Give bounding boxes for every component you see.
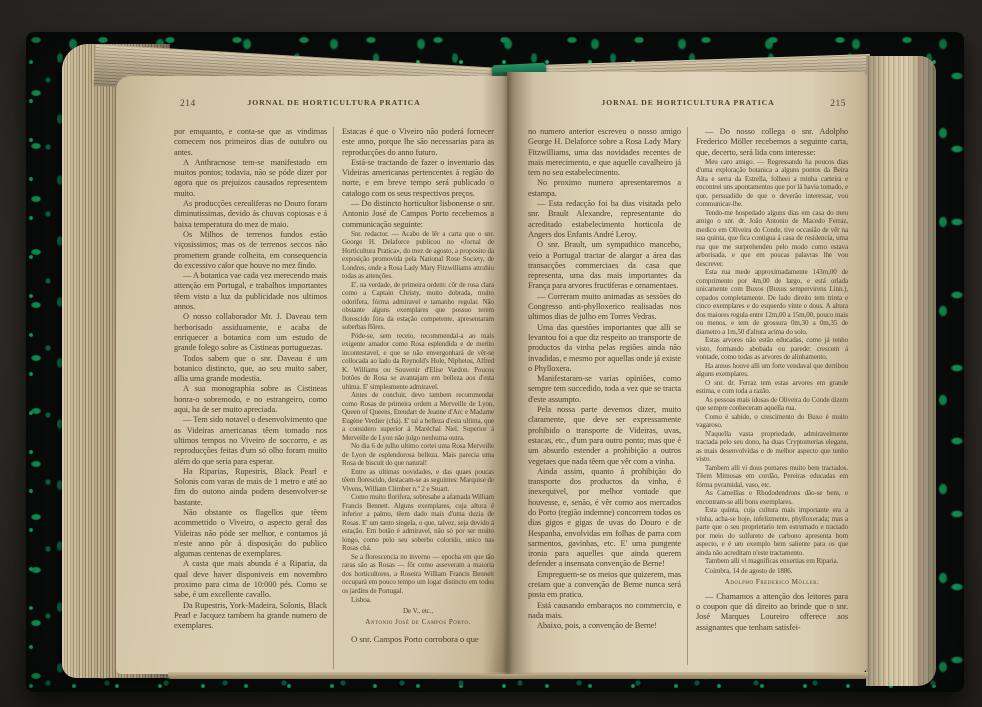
paragraph: — Do distincto horticultor lisbonense o …: [342, 199, 494, 230]
paragraph: E', na verdade, de primeira ordem: côr d…: [342, 281, 494, 332]
paragraph: Ha annos houve alli um forte vendaval qu…: [696, 362, 848, 379]
paragraph: Tambem alli vi magnificas enxertias em R…: [696, 557, 848, 566]
paragraph: Como muito florifera, sobresahe a afamad…: [342, 493, 494, 553]
left-page-column-2: Estacas é que o Viveiro não poderá forne…: [333, 127, 494, 669]
paragraph: Empreguem-se os meios que quizerem, mas …: [528, 570, 681, 601]
right-page-header: JORNAL DE HORTICULTURA PRATICA 215: [528, 98, 848, 114]
paragraph: Tendo-me hospedado alguns dias em casa d…: [696, 209, 848, 269]
paragraph: Póde-se, sem receio, recommendal-a ao ma…: [342, 332, 494, 392]
paragraph: A sua monographia sobre as Cistineas hon…: [174, 384, 327, 415]
paragraph: De V., etc.,: [342, 607, 494, 616]
paragraph: A casta que mais abunda é a Riparia, da …: [174, 559, 327, 600]
paragraph: — Do nosso collega o snr. Adolpho Freder…: [696, 127, 848, 158]
paragraph: Está-se tractando de fazer o inventario …: [342, 158, 494, 199]
paragraph: Abaixo, pois, a convenção de Berne!: [528, 621, 681, 631]
paragraph: No dia 6 de julho ultimo cortei uma Rosa…: [342, 442, 494, 468]
right-page-columns: no numero anterior escreveu o nosso amig…: [528, 127, 848, 665]
paragraph: Da Rupestris, York-Madeira, Solonis, Bla…: [174, 601, 327, 632]
journal-title: JORNAL DE HORTICULTURA PRATICA: [174, 98, 494, 107]
paragraph: Entre as ultimas novidades, e das quaes …: [342, 468, 494, 494]
paragraph: Esta rua mede approximadamente 143m,00 d…: [696, 268, 848, 336]
paragraph: Manifestaram-se varias opiniões, como se…: [528, 374, 681, 405]
left-page-header: 214 JORNAL DE HORTICULTURA PRATICA: [174, 98, 494, 114]
paragraph: Não obstante os flagellos que têem acomm…: [174, 508, 327, 559]
paragraph: O snr. Campos Porto corrobora o que: [342, 634, 494, 644]
paragraph: A Anthracnose tem-se manifestado em muit…: [174, 158, 327, 199]
paragraph: O snr. Brault, um sympathico mancebo, ve…: [528, 240, 681, 291]
book-photo: 214 JORNAL DE HORTICULTURA PRATICA por e…: [0, 0, 982, 707]
paragraph: Lisboa.: [342, 596, 494, 605]
paragraph: Estas arvores não estão educadas, como j…: [696, 336, 848, 362]
paragraph: Meu caro amigo. — Regressando ha poucos …: [696, 158, 848, 209]
paragraph: Como é sabido, o crescimento do Buxo é m…: [696, 413, 848, 430]
paragraph: — Chamamos a attenção dos leitores para …: [696, 592, 848, 633]
right-page-content: JORNAL DE HORTICULTURA PRATICA 215 no nu…: [528, 98, 848, 665]
left-page-columns: por emquanto, e conta-se que as vindimas…: [174, 127, 494, 669]
bottom-edge-pages: [168, 672, 868, 679]
paragraph: Antonio José de Campos Porto.: [342, 618, 494, 627]
paragraph: Todos sabem que o snr. Daveau é um botan…: [174, 354, 327, 385]
paragraph: Ainda assim, quanto á prohibição do tran…: [528, 467, 681, 570]
page-number: 215: [830, 99, 846, 109]
paragraph: — A botanica vae cada vez merecendo mais…: [174, 271, 327, 312]
right-fore-edge-pages: [866, 56, 936, 686]
paragraph: Tambem alli vi dous pomares muito bem tr…: [696, 464, 848, 490]
right-page-column-1: no numero anterior escreveu o nosso amig…: [528, 127, 681, 665]
paragraph: Coimbra, 14 de agosto de 1886.: [696, 567, 848, 576]
paragraph: — Tem sido notavel o desenvolvimento que…: [174, 415, 327, 466]
paragraph: Estacas é que o Viveiro não poderá forne…: [342, 127, 494, 158]
left-page-content: 214 JORNAL DE HORTICULTURA PRATICA por e…: [174, 98, 494, 669]
paragraph: No proximo numero apresentaremos a estam…: [528, 178, 681, 199]
paragraph: Se a florescencia no inverno — epocha em…: [342, 553, 494, 596]
paragraph: — Esta redacção foi ha dias visitada pel…: [528, 199, 681, 240]
paragraph: — Correram muito animadas as sessões do …: [528, 292, 681, 323]
paragraph: Os Milhos de terrenos fundos estão viços…: [174, 230, 327, 271]
paragraph: Antes de concluir, devo tambem recommend…: [342, 391, 494, 442]
paragraph: O nosso collaborador Mr. J. Daveau tem h…: [174, 312, 327, 353]
paragraph: Pela nossa parte devemos dizer, muito cl…: [528, 405, 681, 467]
paragraph: O snr. dr. Ferraz tem estas arvores em g…: [696, 379, 848, 396]
paragraph: por emquanto, e conta-se que as vindimas…: [174, 127, 327, 158]
paragraph: As Camellias e Rhododendrons dão-se bem,…: [696, 489, 848, 506]
paragraph: As pessoas mais idosas de Oliveira do Co…: [696, 396, 848, 413]
paragraph: Está causando embaraços no commercio, e …: [528, 601, 681, 622]
paragraph: Snr. redactor. — Acabo de lêr a carta qu…: [342, 230, 494, 281]
paragraph: Adolpho Frederico Möller.: [696, 578, 848, 587]
paragraph: N'aquella vasta propriedade, admiravelme…: [696, 430, 848, 464]
right-page-column-2: — Do nosso collega o snr. Adolpho Freder…: [687, 127, 848, 665]
paragraph: Uma das questões importantes que alli se…: [528, 323, 681, 374]
paragraph: Esta quinta, cuja cultura mais important…: [696, 506, 848, 557]
paragraph: As producções cerealiferas no Douro fora…: [174, 199, 327, 230]
paragraph: Ha Riparias, Rupestris, Black Pearl e So…: [174, 467, 327, 508]
paragraph: no numero anterior escreveu o nosso amig…: [528, 127, 681, 178]
journal-title: JORNAL DE HORTICULTURA PRATICA: [528, 98, 848, 107]
left-page-column-1: por emquanto, e conta-se que as vindimas…: [174, 127, 327, 669]
